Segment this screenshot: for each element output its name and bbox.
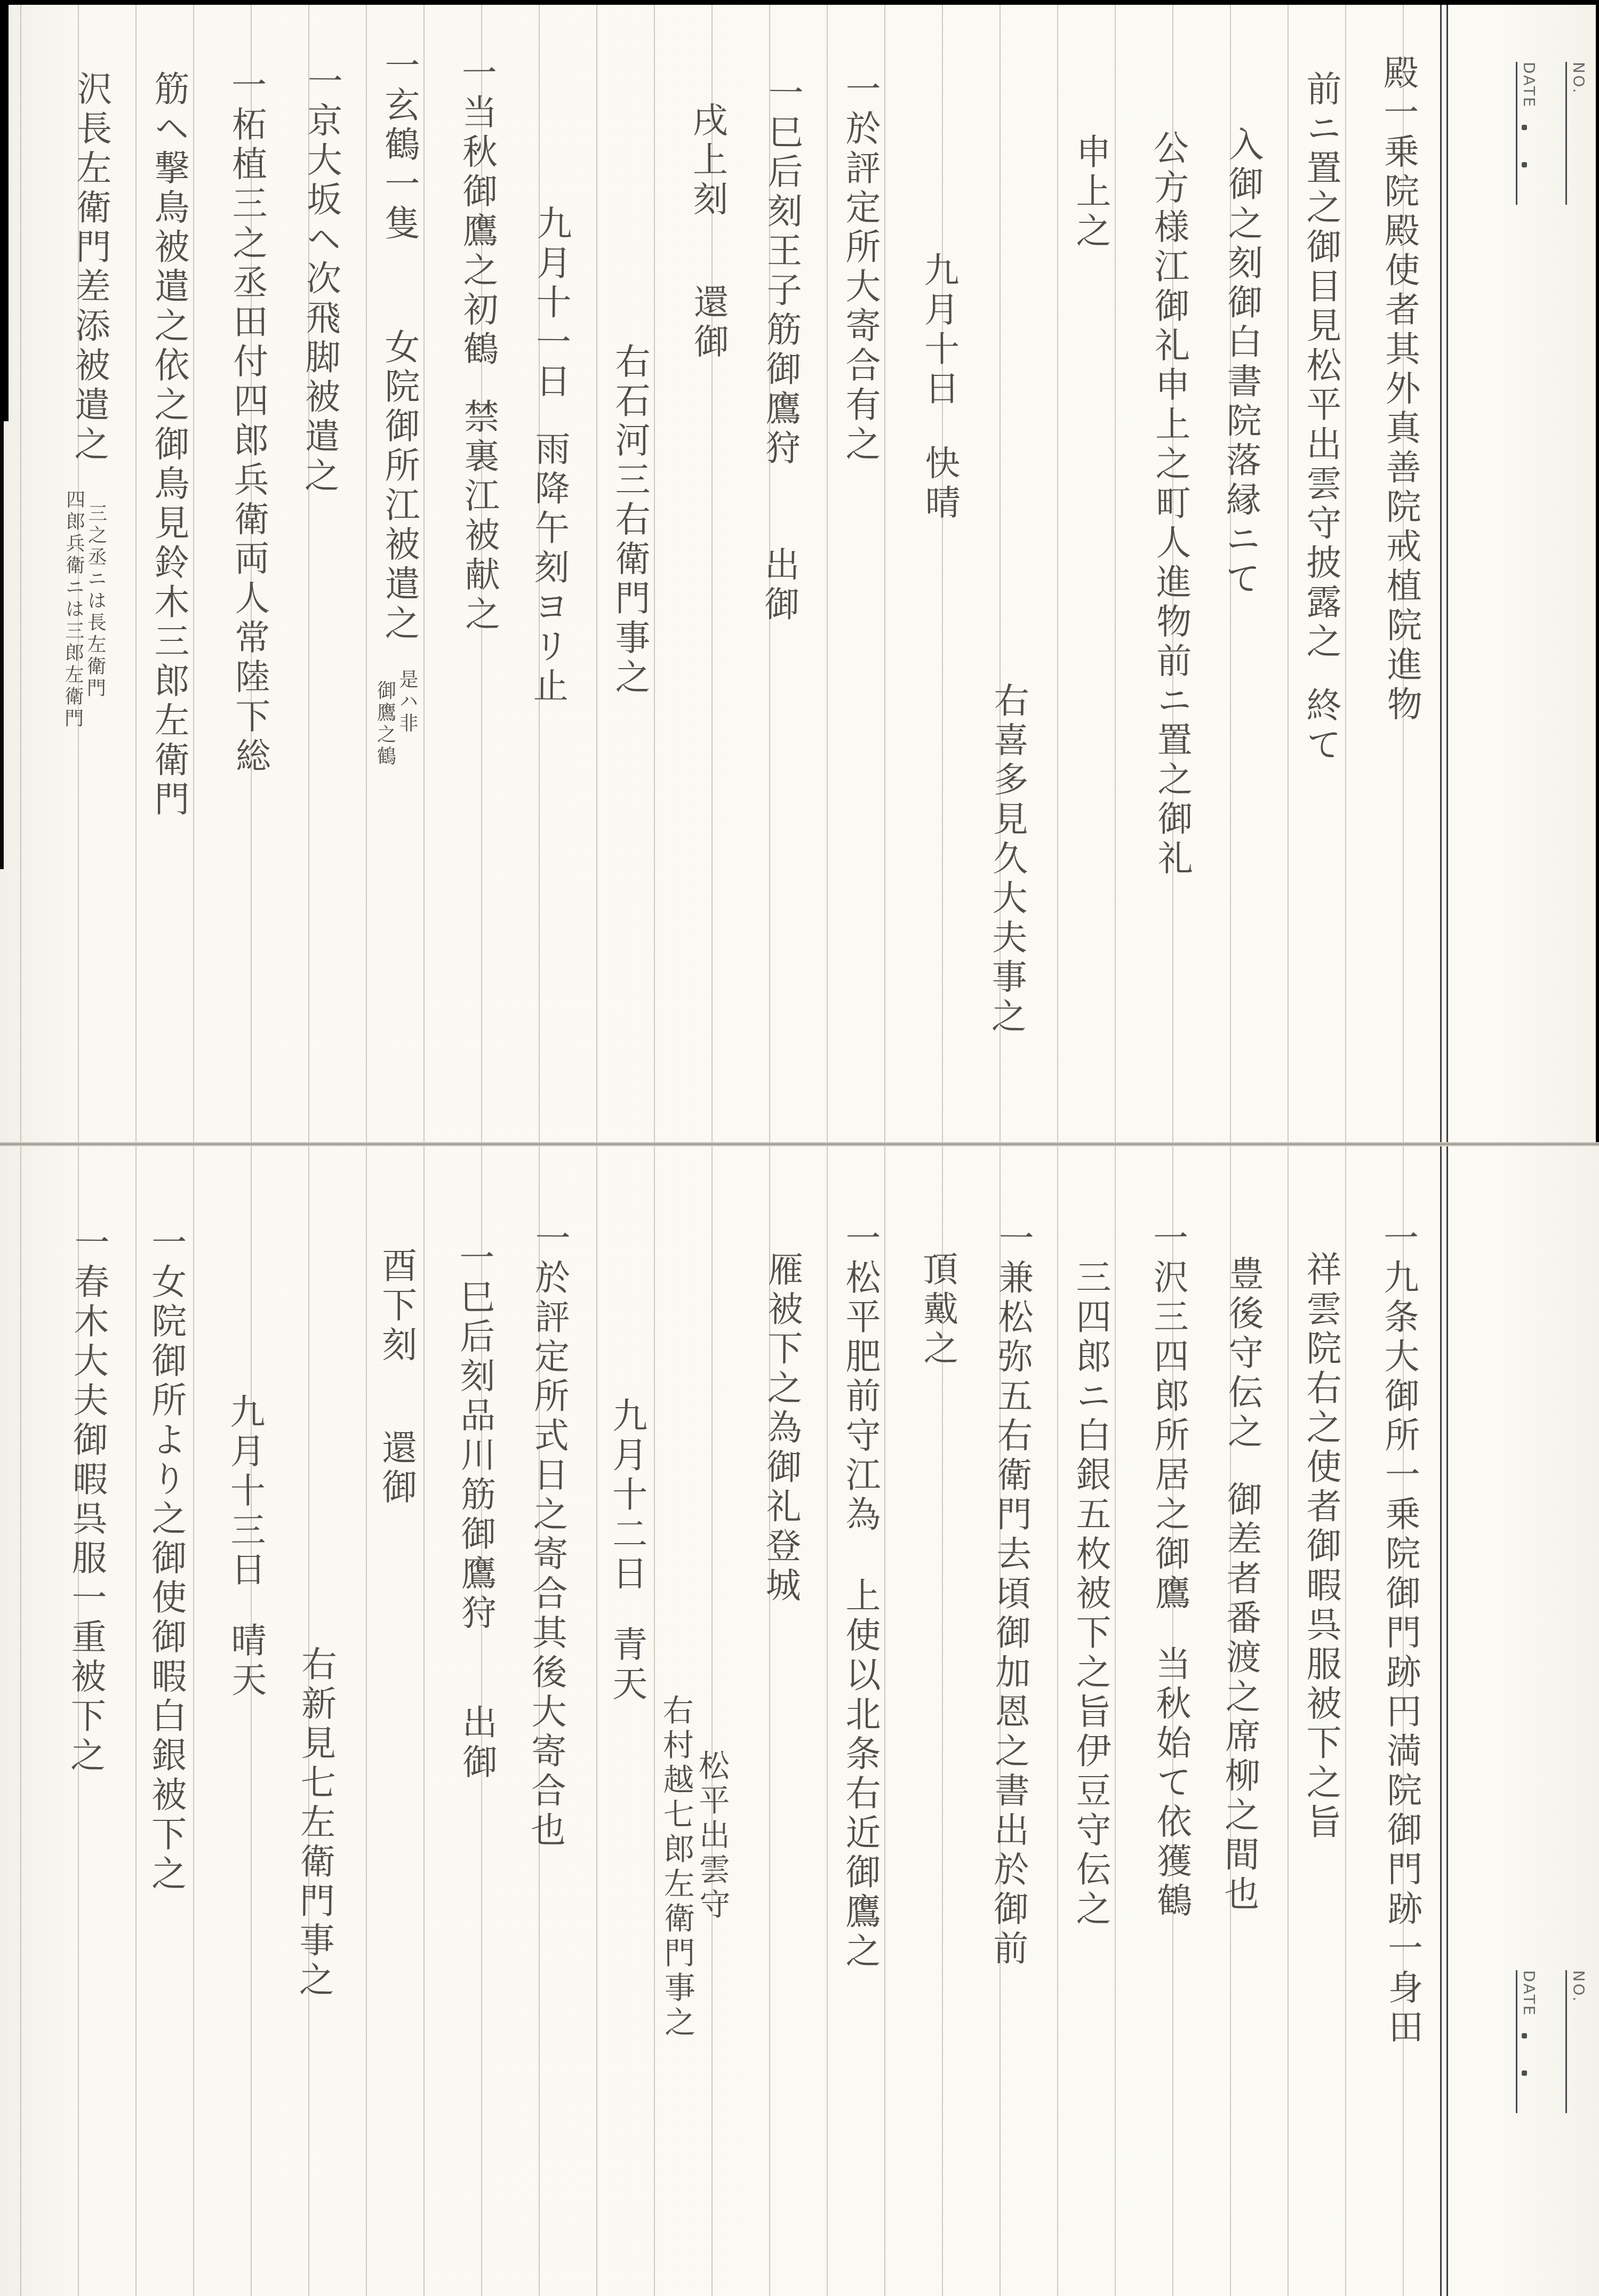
- text-column: 一九条大御所一乗院御門跡円満院御門跡一身田: [1348, 1188, 1423, 2265]
- text-segment: 禁裏江被献之: [458, 398, 500, 635]
- text-segment: 一松平肥前守江為: [840, 1219, 881, 1535]
- text-segment: 雁被下之為御礼登城: [759, 1251, 803, 1607]
- text-column: 一於評定所大寄合有之: [811, 31, 879, 1114]
- date-separator-dot: [1522, 2070, 1527, 2076]
- text-column: 九月十一日雨降午刻ヨリ止: [495, 30, 572, 1114]
- notebook-page-1: NO. DATE 殿一乗院殿使者其外真善院戒植院進物前ニ置之御目見松平出雲守披露…: [0, 0, 1599, 1142]
- text-column: 前ニ置之御目見松平出雲守披露之終て: [1272, 31, 1340, 1114]
- text-segment: 雨降午刻ヨリ止: [527, 430, 570, 707]
- text-column: 公方様江御礼申上之町人進物前ニ置之御礼: [1118, 31, 1193, 1115]
- page-header: NO. DATE: [1510, 1970, 1590, 2130]
- text-segment: 九月十三日: [223, 1393, 266, 1591]
- text-segment: 終て: [1300, 687, 1341, 766]
- scan-edge-top: [0, 0, 1599, 5]
- text-segment: 豊後守伝之: [1221, 1255, 1264, 1453]
- text-column: 頂戴之: [888, 1188, 962, 2265]
- handwriting-area: 一九条大御所一乗院御門跡円満院御門跡一身田祥雲院右之使者御暇呉服被下之旨豊後守伝…: [30, 1188, 1417, 2264]
- text-segment: 一巳后刻王子筋御鷹狩: [759, 74, 804, 469]
- text-column: 申上之: [1041, 31, 1109, 1114]
- text-segment: 一沢三四郎所居之御鷹: [1147, 1219, 1190, 1614]
- text-column: 一女院御所より之御使御暇白銀被下之: [117, 1188, 185, 2264]
- text-segment: 九月十日: [918, 252, 960, 410]
- date-field: DATE: [1516, 62, 1541, 205]
- text-segment: 九月十一日: [530, 205, 572, 403]
- text-segment: 女院御所江被遣之: [379, 328, 420, 644]
- annotation-line: 右村越七郎左衛門事之: [657, 1694, 695, 2041]
- date-label: DATE: [1520, 62, 1538, 108]
- text-column: 戌上刻還御: [657, 31, 732, 1115]
- inline-annotation: 是ハ非御鷹之鶴: [374, 669, 418, 768]
- text-segment: 一九条大御所一乗院御門跡円満院御門跡一身田: [1377, 1219, 1423, 2048]
- text-segment: 一春木大夫御暇呉服一重被下之: [64, 1224, 109, 1777]
- text-segment: 三四郎ニ白銀五枚被下之旨伊豆守伝之: [1070, 1259, 1111, 1930]
- text-segment: 一玄鶴一隻: [379, 47, 420, 244]
- date-separator-dot: [1522, 125, 1527, 130]
- text-column: 一春木大夫御暇呉服一重被下之: [31, 1187, 108, 2264]
- date-separator-dot: [1522, 162, 1527, 167]
- text-column: 一巳后刻品川筋御鷹狩出御: [424, 1188, 499, 2265]
- text-segment: 出御: [758, 546, 799, 625]
- page-header: NO. DATE: [1510, 62, 1590, 222]
- page-break-shadow: [0, 1142, 1599, 1146]
- text-segment: 右石河三右衛門事之: [609, 343, 650, 698]
- text-segment: 祥雲院右之使者御暇呉服被下之旨: [1300, 1251, 1341, 1843]
- scanned-manuscript: NO. DATE 殿一乗院殿使者其外真善院戒植院進物前ニ置之御目見松平出雲守披露…: [0, 0, 1599, 2296]
- text-segment: 快晴: [919, 445, 961, 524]
- text-segment: 九月十二日: [606, 1397, 647, 1594]
- annotation-line: 四郎兵衛ニは三郎左衛門: [61, 489, 85, 730]
- text-column: 一兼松弥五右衛門去頃御加恩之書出於御前: [956, 1187, 1033, 2264]
- text-segment: 頂戴之: [917, 1251, 958, 1369]
- text-segment: 戌上刻: [686, 102, 728, 220]
- text-segment: 一巳后刻品川筋御鷹狩: [453, 1239, 497, 1634]
- text-column: 一松平肥前守江為上使以北条右近御鷹之: [811, 1188, 879, 2264]
- text-segment: 殿一乗院殿使者其外真善院戒植院進物: [1377, 54, 1422, 725]
- text-segment: 一於評定所式日之寄合其後大寄合也: [524, 1219, 570, 1851]
- text-segment: 一当秋御鷹之初鶴: [455, 54, 499, 370]
- text-segment: 沢長左衛門差添被遣之: [68, 70, 113, 465]
- text-segment: 前ニ置之御目見松平出雲守披露之: [1300, 70, 1341, 662]
- text-column: 豊後守伝之御差者番渡之席柳之間也: [1186, 1187, 1263, 2264]
- text-segment: 青天: [606, 1626, 647, 1705]
- text-column: 酉下刻還御: [347, 1188, 415, 2264]
- text-segment: 一兼松弥五右衛門去頃御加恩之書出於御前: [987, 1219, 1034, 1970]
- annotation-line: 松平出雲守: [693, 1694, 731, 2041]
- text-column: 三四郎ニ白銀五枚被下之旨伊豆守伝之: [1041, 1188, 1109, 2264]
- text-column: 沢長左衛門差添被遣之三之丞ニは長左衛門四郎兵衛ニは三郎左衛門: [34, 30, 111, 1114]
- text-segment: 晴天: [225, 1622, 267, 1701]
- text-segment: 一柘植三之丞田付四郎兵衛両人常陸下総: [225, 67, 270, 777]
- text-segment: 上使以北条右近御鷹之: [840, 1577, 881, 1972]
- margin-double-line: [1440, 1146, 1448, 2296]
- no-label: NO.: [1570, 1970, 1588, 2003]
- text-column: 右喜多見久大夫事之: [956, 30, 1033, 1114]
- no-field: NO.: [1565, 62, 1590, 205]
- no-field: NO.: [1565, 1970, 1590, 2113]
- text-segment: 酉下刻: [376, 1247, 417, 1366]
- text-column: 一当秋御鷹之初鶴禁裏江被献之: [427, 31, 501, 1115]
- text-segment: 右新見七左衛門事之: [293, 1645, 337, 2001]
- date-separator-dot: [1522, 2033, 1527, 2038]
- text-segment: 申上之: [1070, 133, 1111, 252]
- text-column: 殿一乗院殿使者其外真善院戒植院進物: [1348, 31, 1423, 1115]
- text-segment: 公方様江御礼申上之町人進物前ニ置之御礼: [1147, 130, 1193, 879]
- text-segment: 当秋始て依獲鶴: [1149, 1645, 1192, 1922]
- text-segment: 右喜多見久大夫事之: [985, 682, 1029, 1038]
- text-column: 松平出雲守右村越七郎左衛門事之: [654, 1188, 732, 2265]
- text-column: 一於評定所式日之寄合其後大寄合也: [492, 1187, 569, 2264]
- text-column: 一沢三四郎所居之御鷹当秋始て依獲鶴: [1118, 1188, 1193, 2265]
- text-column: 右新見七左衛門事之: [262, 1187, 339, 2264]
- annotation-line: 御鷹之鶴: [374, 669, 396, 768]
- text-column: 一京大坂ヘ次飛脚被遣之: [265, 30, 341, 1114]
- text-segment: 入御之刻御白書院落縁ニて: [1219, 126, 1264, 600]
- annotation-line: 是ハ非: [396, 669, 418, 768]
- text-column: 一巳后刻王子筋御鷹狩出御: [725, 30, 802, 1114]
- text-segment: 一於評定所大寄合有之: [840, 70, 881, 465]
- no-label: NO.: [1570, 62, 1588, 95]
- handwriting-area: 殿一乗院殿使者其外真善院戒植院進物前ニ置之御目見松平出雲守披露之終て入御之刻御白…: [30, 31, 1417, 1114]
- text-column: 筋ヘ撃鳥被遣之依之御鳥見鈴木三郎左衛門: [119, 31, 188, 1114]
- annotation-line: 三之丞ニは長左衛門: [83, 489, 107, 730]
- text-column: 九月十日快晴: [888, 31, 962, 1115]
- scan-edge-right: [1596, 0, 1599, 1142]
- text-segment: 一京大坂ヘ次飛脚被遣之: [298, 62, 342, 497]
- text-segment: 還御: [376, 1429, 417, 1508]
- text-column: 右石河三右衛門事之: [580, 31, 649, 1114]
- notebook-page-2: NO. DATE 一九条大御所一乗院御門跡円満院御門跡一身田祥雲院右之使者御暇呉…: [0, 1146, 1599, 2296]
- margin-double-line: [1440, 0, 1448, 1142]
- text-segment: 一女院御所より之御使御暇白銀被下之: [146, 1224, 187, 1894]
- scan-edge-left: [0, 421, 4, 869]
- text-column: 九月十二日青天: [578, 1188, 646, 2264]
- text-segment: 出御: [456, 1704, 498, 1783]
- inline-annotation: 松平出雲守右村越七郎左衛門事之: [657, 1694, 730, 2041]
- text-column: 祥雲院右之使者御暇呉服被下之旨: [1272, 1188, 1340, 2264]
- scan-edge-left: [0, 0, 9, 421]
- text-column: 入御之刻御白書院落縁ニて: [1186, 30, 1263, 1114]
- text-column: 雁被下之為御礼登城: [725, 1187, 802, 2264]
- text-segment: 御差者番渡之席柳之間也: [1218, 1481, 1262, 1915]
- text-column: 九月十三日晴天: [194, 1188, 268, 2265]
- date-label: DATE: [1520, 1970, 1538, 2017]
- inline-annotation: 三之丞ニは長左衛門四郎兵衛ニは三郎左衛門: [61, 489, 107, 730]
- text-column: 一玄鶴一隻女院御所江被遣之是ハ非御鷹之鶴: [350, 31, 418, 1114]
- date-field: DATE: [1516, 1970, 1541, 2113]
- text-segment: 還御: [687, 283, 729, 362]
- text-column: 一柘植三之丞田付四郎兵衛両人常陸下総: [196, 31, 271, 1115]
- text-segment: 筋ヘ撃鳥被遣之依之御鳥見鈴木三郎左衛門: [148, 70, 189, 820]
